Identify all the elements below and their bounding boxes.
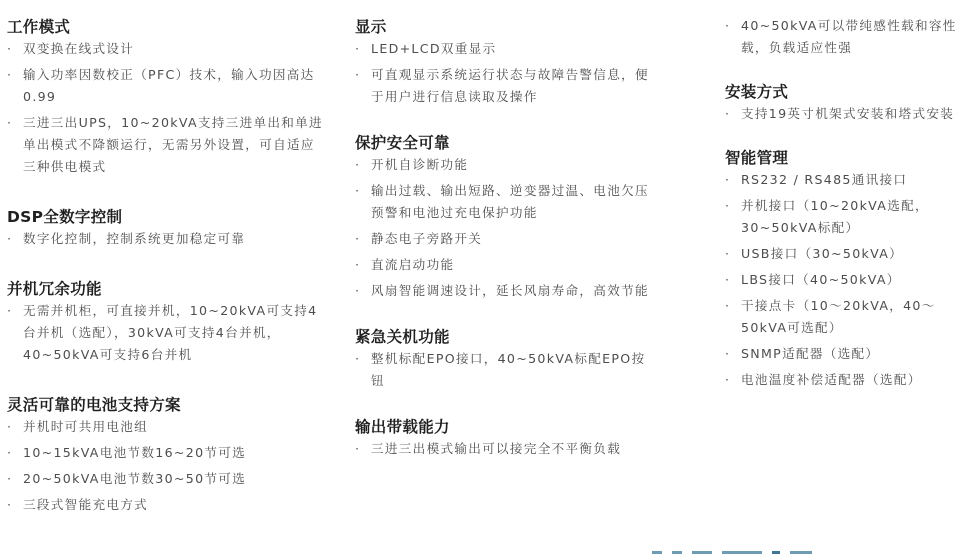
list-item: ·40~50kVA可以带纯感性载和容性载，负载适应性强 — [725, 15, 958, 59]
list-item: ·USB接口（30~50kVA） — [725, 243, 958, 265]
bullet-icon: · — [725, 195, 730, 217]
list-item: ·LBS接口（40~50kVA） — [725, 269, 958, 291]
list-item: ·风扇智能调速设计，延长风扇寿命，高效节能 — [355, 280, 655, 302]
section-title: 灵活可靠的电池支持方案 — [7, 394, 327, 416]
feature-column-1: 工作模式 ·双变换在线式设计 ·输入功率因数校正（PFC）技术，输入功因高达0.… — [7, 0, 327, 520]
section-title: 紧急关机功能 — [355, 326, 655, 348]
list-item: ·无需并机柜，可直接并机，10~20kVA可支持4台并机（选配），30kVA可支… — [7, 300, 327, 366]
list-item: ·开机自诊断功能 — [355, 154, 655, 176]
list-item: ·输出过载、输出短路、逆变器过温、电池欠压预警和电池过充电保护功能 — [355, 180, 655, 224]
section-smart-management: 智能管理 ·RS232 / RS485通讯接口 ·并机接口（10~20kVA选配… — [725, 147, 958, 391]
feature-column-3: ·40~50kVA可以带纯感性载和容性载，负载适应性强 安装方式 ·支持19英寸… — [725, 0, 958, 395]
section-title: 保护安全可靠 — [355, 132, 655, 154]
bullet-icon: · — [725, 15, 730, 37]
bullet-icon: · — [725, 243, 730, 265]
section-title: 并机冗余功能 — [7, 278, 327, 300]
bullet-icon: · — [355, 64, 360, 86]
bullet-icon: · — [355, 280, 360, 302]
bullet-icon: · — [355, 438, 360, 460]
bullet-icon: · — [355, 180, 360, 202]
list-item: ·输入功率因数校正（PFC）技术，输入功因高达0.99 — [7, 64, 327, 108]
section-title: 安装方式 — [725, 81, 958, 103]
list-item: ·三进三出模式输出可以接完全不平衡负载 — [355, 438, 655, 460]
section-emergency-shutdown: 紧急关机功能 ·整机标配EPO接口，40~50kVA标配EPO按钮 — [355, 326, 655, 392]
section-title: 输出带载能力 — [355, 416, 655, 438]
list-item: ·RS232 / RS485通讯接口 — [725, 169, 958, 191]
feature-column-2: 显示 ·LED+LCD双重显示 ·可直观显示系统运行状态与故障告警信息，便于用户… — [355, 0, 655, 464]
section-title: 工作模式 — [7, 16, 327, 38]
section-work-mode: 工作模式 ·双变换在线式设计 ·输入功率因数校正（PFC）技术，输入功因高达0.… — [7, 16, 327, 178]
bullet-icon: · — [7, 468, 12, 490]
bullet-icon: · — [7, 494, 12, 516]
list-item: ·LED+LCD双重显示 — [355, 38, 655, 60]
list-item: ·支持19英寸机架式安装和塔式安装 — [725, 103, 958, 125]
list-item: ·10~15kVA电池节数16~20节可选 — [7, 442, 327, 464]
bullet-icon: · — [725, 343, 730, 365]
list-item: ·整机标配EPO接口，40~50kVA标配EPO按钮 — [355, 348, 655, 392]
section-dsp-control: DSP全数字控制 ·数字化控制，控制系统更加稳定可靠 — [7, 206, 327, 250]
list-item: ·数字化控制，控制系统更加稳定可靠 — [7, 228, 327, 250]
bullet-icon: · — [355, 228, 360, 250]
bullet-icon: · — [725, 369, 730, 391]
list-item: ·三进三出UPS，10~20kVA支持三进单出和单进单出模式不降额运行，无需另外… — [7, 112, 327, 178]
list-item: ·20~50kVA电池节数30~50节可选 — [7, 468, 327, 490]
section-protection: 保护安全可靠 ·开机自诊断功能 ·输出过载、输出短路、逆变器过温、电池欠压预警和… — [355, 132, 655, 302]
section-title: 显示 — [355, 16, 655, 38]
list-item: ·可直观显示系统运行状态与故障告警信息，便于用户进行信息读取及操作 — [355, 64, 655, 108]
bullet-icon: · — [7, 64, 12, 86]
section-load-continued: ·40~50kVA可以带纯感性载和容性载，负载适应性强 — [725, 15, 958, 59]
section-title: DSP全数字控制 — [7, 206, 327, 228]
bullet-icon: · — [7, 442, 12, 464]
bullet-icon: · — [7, 300, 12, 322]
bullet-icon: · — [355, 254, 360, 276]
section-output-load: 输出带载能力 ·三进三出模式输出可以接完全不平衡负载 — [355, 416, 655, 460]
list-item: ·SNMP适配器（选配） — [725, 343, 958, 365]
list-item: ·三段式智能充电方式 — [7, 494, 327, 516]
bullet-icon: · — [7, 416, 12, 438]
bullet-icon: · — [725, 169, 730, 191]
bullet-icon: · — [355, 348, 360, 370]
bullet-icon: · — [355, 38, 360, 60]
bullet-icon: · — [725, 295, 730, 317]
section-title: 智能管理 — [725, 147, 958, 169]
section-parallel-redundancy: 并机冗余功能 ·无需并机柜，可直接并机，10~20kVA可支持4台并机（选配），… — [7, 278, 327, 366]
bullet-icon: · — [725, 269, 730, 291]
bullet-icon: · — [355, 154, 360, 176]
list-item: ·双变换在线式设计 — [7, 38, 327, 60]
bullet-icon: · — [7, 38, 12, 60]
section-battery-support: 灵活可靠的电池支持方案 ·并机时可共用电池组 ·10~15kVA电池节数16~2… — [7, 394, 327, 516]
section-display: 显示 ·LED+LCD双重显示 ·可直观显示系统运行状态与故障告警信息，便于用户… — [355, 16, 655, 108]
list-item: ·静态电子旁路开关 — [355, 228, 655, 250]
bullet-icon: · — [7, 228, 12, 250]
list-item: ·并机接口（10~20kVA选配，30~50kVA标配） — [725, 195, 958, 239]
list-item: ·电池温度补偿适配器（选配） — [725, 369, 958, 391]
list-item: ·并机时可共用电池组 — [7, 416, 327, 438]
bullet-icon: · — [725, 103, 730, 125]
list-item: ·干接点卡（10～20kVA，40～50kVA可选配） — [725, 295, 958, 339]
list-item: ·直流启动功能 — [355, 254, 655, 276]
section-installation: 安装方式 ·支持19英寸机架式安装和塔式安装 — [725, 81, 958, 125]
bullet-icon: · — [7, 112, 12, 134]
